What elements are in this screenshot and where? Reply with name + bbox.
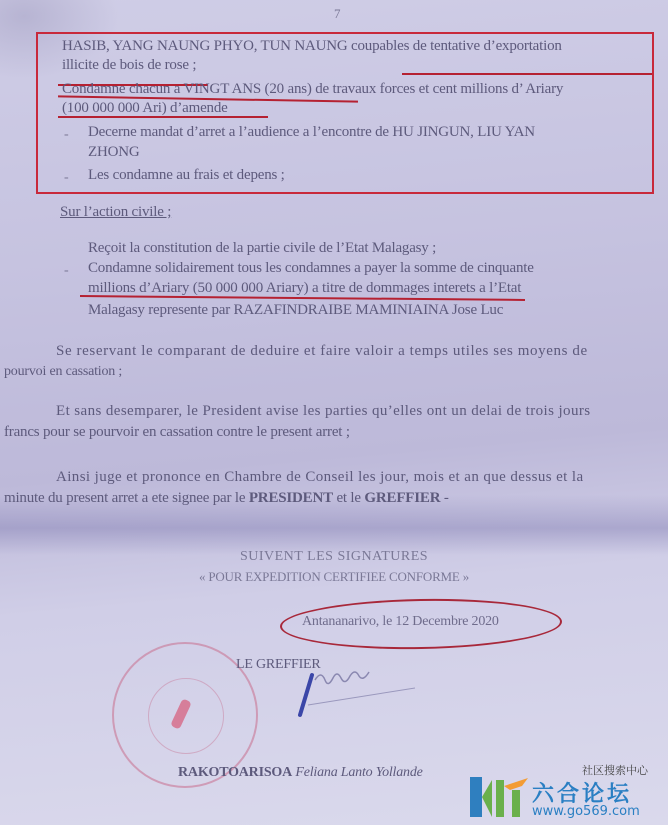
forum-logo-icon [470,772,530,822]
clerk-surname: RAKOTOARISOA [178,765,292,780]
civil-line-4: Malagasy represente par RAZAFINDRAIBE MA… [88,302,503,319]
civil-action-heading: Sur l’action civile ; [60,204,171,221]
verdict-line-7: Les condamne au frais et depens ; [88,167,285,184]
civil-line-1: Reçoit la constitution de la partie civi… [88,240,436,257]
bullet: - [64,170,69,186]
verdict-line-1: HASIB, YANG NAUNG PHYO, TUN NAUNG coupab… [62,38,562,55]
verdict-line-2: illicite de bois de rose ; [62,57,196,74]
greffier-label: GREFFIER [364,490,440,506]
underline-annotation [402,73,652,75]
verdict-line-4: (100 000 000 Ari) d’amende [62,100,228,117]
paragraph-1-line-2: pourvoi en cassation ; [4,364,122,380]
watermark-url: www.go569.com [532,804,640,819]
paragraph-2-line-1: Et sans desemparer, le President avise l… [56,403,590,420]
stamp-inner-ring [148,678,224,754]
paragraph-1-line-1: Se reservant le comparant de deduire et … [56,343,588,360]
verdict-line-6: ZHONG [88,144,140,161]
paragraph-3-text: minute du present arret a ete signee par… [4,490,249,506]
bullet: - [64,127,69,143]
underline-annotation [58,116,268,118]
place-date: Antananarivo, le 12 Decembre 2020 [302,614,499,630]
certification-line: « POUR EXPEDITION CERTIFIEE CONFORME » [0,569,668,585]
paragraph-3-text: - [440,490,448,506]
paragraph-2-line-2: francs pour se pourvoir en cassation con… [4,424,350,441]
paragraph-3-text: et le [333,490,365,506]
signatures-heading: SUIVENT LES SIGNATURES [0,549,668,565]
verdict-line-5: Decerne mandat d’arret a l’audience a l’… [88,124,535,141]
watermark-tagline: 社区搜索中心 [582,762,648,778]
civil-line-2: Condamne solidairement tous les condamne… [88,260,534,277]
verdict-line-3: Condamne chacun a VINGT ANS (20 ans) de … [62,81,563,98]
page-number: 7 [334,6,341,22]
clerk-given-names: Feliana Lanto Yollande [295,765,422,780]
civil-line-3: millions d’Ariary (50 000 000 Ariary) a … [88,280,521,297]
bullet: - [64,263,69,279]
president-label: PRESIDENT [249,490,333,506]
paragraph-3-line-2: minute du present arret a ete signee par… [4,490,449,507]
signature-icon [290,660,430,730]
clerk-name: RAKOTOARISOA Feliana Lanto Yollande [178,765,423,781]
watermark: 社区搜索中心 六合论坛 www.go569.com [470,760,668,825]
paragraph-3-line-1: Ainsi juge et prononce en Chambre de Con… [56,469,584,486]
